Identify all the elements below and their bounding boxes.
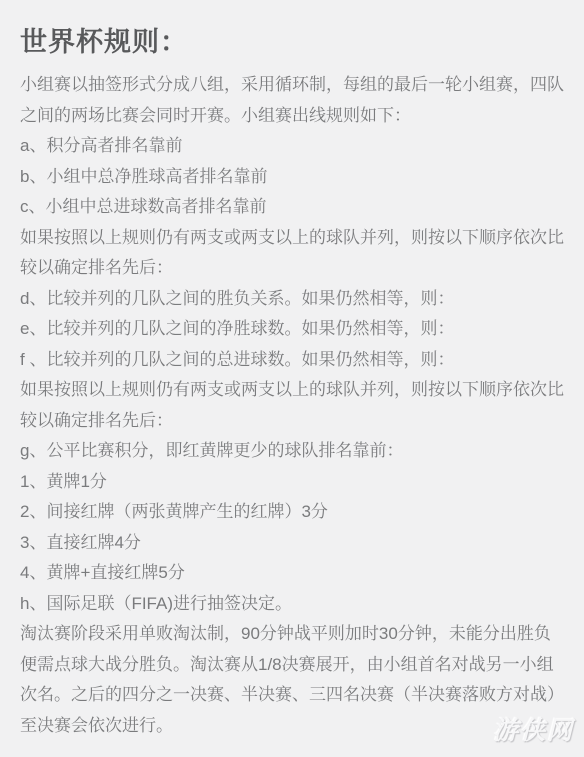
rule-line-a: a、积分高者排名靠前: [20, 131, 564, 162]
rule-line-e: e、比较并列的几队之间的净胜球数。如果仍然相等，则：: [20, 314, 564, 345]
rule-line-g: g、公平比赛积分，即红黄牌更少的球队排名靠前：: [20, 436, 564, 467]
tiebreak-note-2: 如果按照以上规则仍有两支或两支以上的球队并列，则按以下顺序依次比较以确定排名先后…: [20, 375, 564, 436]
article-body: 小组赛以抽签形式分成八组，采用循环制，每组的最后一轮小组赛，四队之间的两场比赛会…: [20, 70, 564, 741]
fairplay-item-4: 4、黄牌+直接红牌5分: [20, 558, 564, 589]
article-document: 世界杯规则： 小组赛以抽签形式分成八组，采用循环制，每组的最后一轮小组赛，四队之…: [0, 0, 584, 741]
tiebreak-note-1: 如果按照以上规则仍有两支或两支以上的球队并列，则按以下顺序依次比较以确定排名先后…: [20, 223, 564, 284]
rule-line-d: d、比较并列的几队之间的胜负关系。如果仍然相等，则：: [20, 284, 564, 315]
rule-line-b: b、小组中总净胜球高者排名靠前: [20, 162, 564, 193]
knockout-paragraph: 淘汰赛阶段采用单败淘汰制，90分钟战平则加时30分钟，未能分出胜负便需点球大战分…: [20, 619, 564, 741]
rule-line-h: h、国际足联（FIFA)进行抽签决定。: [20, 589, 564, 620]
rule-line-c: c、小组中总进球数高者排名靠前: [20, 192, 564, 223]
fairplay-item-1: 1、黄牌1分: [20, 467, 564, 498]
fairplay-item-2: 2、间接红牌（两张黄牌产生的红牌）3分: [20, 497, 564, 528]
page-title: 世界杯规则：: [20, 26, 564, 58]
rule-line-f: f 、比较并列的几队之间的总进球数。如果仍然相等，则：: [20, 345, 564, 376]
intro-paragraph: 小组赛以抽签形式分成八组，采用循环制，每组的最后一轮小组赛，四队之间的两场比赛会…: [20, 70, 564, 131]
site-watermark: 游侠网: [493, 711, 574, 747]
fairplay-item-3: 3、直接红牌4分: [20, 528, 564, 559]
